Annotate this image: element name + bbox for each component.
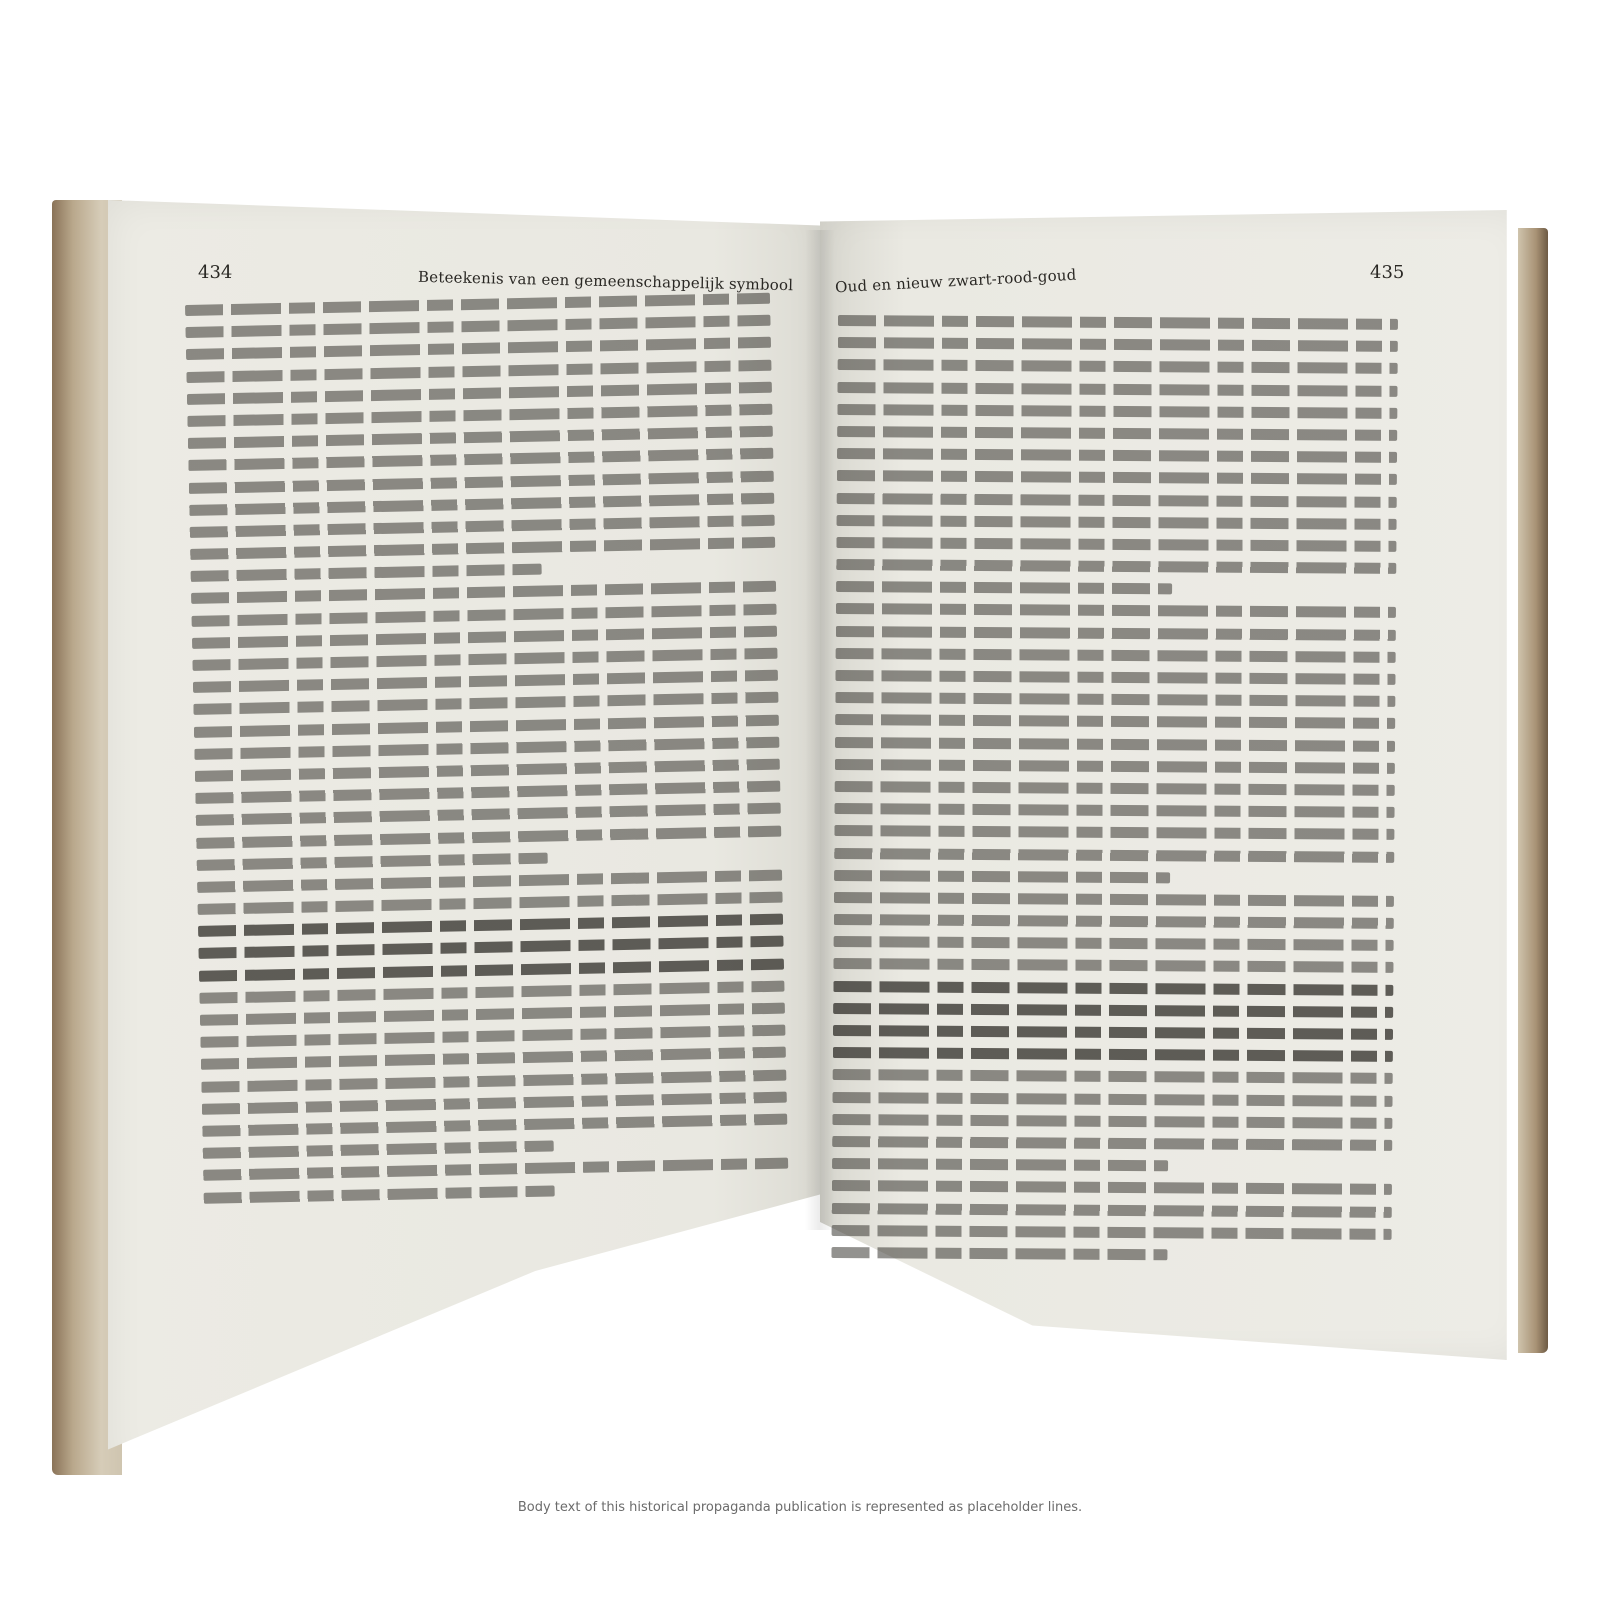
text-line xyxy=(837,492,1397,507)
text-line xyxy=(195,781,780,804)
text-line xyxy=(832,1180,1392,1195)
text-line xyxy=(198,892,783,915)
text-line xyxy=(203,1158,788,1181)
text-line xyxy=(833,981,1393,996)
text-line xyxy=(192,603,777,626)
text-line xyxy=(833,1025,1393,1040)
text-line xyxy=(833,1047,1393,1062)
book-cover-right-edge xyxy=(1518,228,1548,1353)
text-line xyxy=(201,1069,786,1092)
text-line xyxy=(833,1003,1393,1018)
text-line xyxy=(203,1141,554,1159)
text-line xyxy=(836,626,1396,641)
text-line xyxy=(196,803,781,826)
text-line xyxy=(832,1225,1392,1240)
text-line xyxy=(834,825,1394,840)
text-line xyxy=(832,1114,1392,1129)
text-line xyxy=(198,936,783,959)
text-line xyxy=(833,1092,1393,1107)
text-line xyxy=(832,1202,1392,1217)
text-line xyxy=(837,404,1397,419)
text-line xyxy=(202,1114,787,1137)
text-line xyxy=(198,914,783,937)
text-line xyxy=(837,470,1397,485)
text-line xyxy=(833,1069,1393,1084)
text-line xyxy=(835,759,1395,774)
text-line xyxy=(836,537,1396,552)
text-line xyxy=(188,448,773,471)
text-line xyxy=(192,625,777,648)
text-line xyxy=(191,564,542,582)
text-line xyxy=(835,781,1395,796)
text-line xyxy=(193,692,778,715)
text-line xyxy=(199,980,784,1003)
text-line xyxy=(835,803,1395,818)
text-line xyxy=(834,936,1394,951)
text-line xyxy=(199,958,784,981)
text-line xyxy=(834,914,1394,929)
text-line xyxy=(836,559,1396,574)
text-line xyxy=(834,870,1170,883)
text-line xyxy=(834,892,1394,907)
text-line xyxy=(195,759,780,782)
text-line xyxy=(191,581,776,604)
text-line xyxy=(201,1047,786,1070)
text-line xyxy=(192,648,777,671)
text-line xyxy=(838,359,1398,374)
text-line xyxy=(837,426,1397,441)
text-line xyxy=(200,1003,785,1026)
text-line xyxy=(190,515,775,538)
text-line xyxy=(204,1185,555,1203)
text-line xyxy=(833,958,1393,973)
text-line xyxy=(187,404,772,427)
text-line xyxy=(196,825,781,848)
text-line xyxy=(194,736,779,759)
text-line xyxy=(189,492,774,515)
book-photo: 434 Beteekenis van een gemeenschappelijk… xyxy=(0,0,1600,1600)
text-line xyxy=(835,737,1395,752)
text-line xyxy=(835,714,1395,729)
text-line xyxy=(187,381,772,404)
text-line xyxy=(832,1158,1168,1171)
text-line xyxy=(837,515,1397,530)
text-line xyxy=(185,315,770,338)
right-page-number: 435 xyxy=(1370,262,1404,283)
text-line xyxy=(194,714,779,737)
text-line xyxy=(186,359,771,382)
text-line xyxy=(188,426,773,449)
left-page-number: 434 xyxy=(198,262,232,283)
text-line xyxy=(836,581,1172,594)
text-line xyxy=(837,382,1397,397)
text-line xyxy=(836,603,1396,618)
content-notice: Body text of this historical propaganda … xyxy=(470,1500,1130,1515)
text-line xyxy=(837,448,1397,463)
text-line xyxy=(197,869,782,892)
book-gutter xyxy=(805,230,835,1230)
right-page-body xyxy=(831,315,1398,1273)
text-line xyxy=(197,852,548,870)
text-line xyxy=(838,337,1398,352)
text-line xyxy=(836,648,1396,663)
text-line xyxy=(189,470,774,493)
text-line xyxy=(200,1025,785,1048)
text-line xyxy=(835,670,1395,685)
text-line xyxy=(193,670,778,693)
text-line xyxy=(831,1247,1167,1260)
text-line xyxy=(834,847,1394,862)
text-line xyxy=(835,692,1395,707)
text-line xyxy=(832,1136,1392,1151)
left-page-body xyxy=(185,293,789,1215)
text-line xyxy=(186,337,771,360)
text-line xyxy=(202,1091,787,1114)
text-line xyxy=(190,537,775,560)
